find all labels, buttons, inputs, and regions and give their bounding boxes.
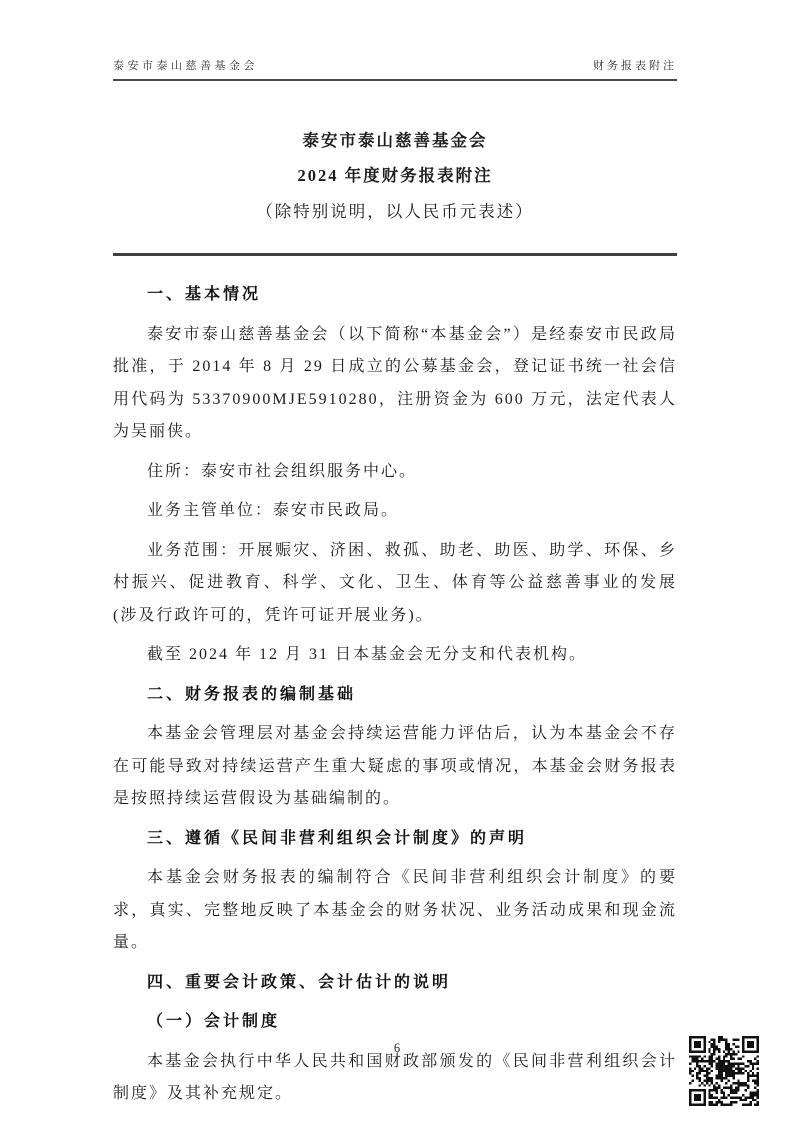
header-org-name: 泰安市泰山慈善基金会	[113, 59, 258, 74]
paragraph: 住所：泰安市社会组织服务中心。	[113, 456, 677, 489]
document-body: 一、基本情况泰安市泰山慈善基金会（以下简称“本基金会”）是经泰安市民政局批准，于…	[113, 279, 677, 1111]
page-header: 泰安市泰山慈善基金会 财务报表附注	[113, 0, 677, 81]
sub-heading: （一）会计制度	[113, 1006, 677, 1039]
paragraph: 截至 2024 年 12 月 31 日本基金会无分支和代表机构。	[113, 639, 677, 672]
content-column: 泰安市泰山慈善基金会 财务报表附注 泰安市泰山慈善基金会 2024 年度财务报表…	[113, 0, 677, 1118]
paragraph: 本基金会财务报表的编制符合《民间非营利组织会计制度》的要求，真实、完整地反映了本…	[113, 862, 677, 960]
title-separator-rule	[113, 253, 677, 256]
section-heading: 一、基本情况	[113, 279, 677, 312]
section-heading: 二、财务报表的编制基础	[113, 679, 677, 712]
header-doc-type: 财务报表附注	[593, 59, 677, 74]
document-title-main: 2024 年度财务报表附注	[113, 165, 677, 187]
document-title-currency-note: （除特别说明，以人民币元表述）	[113, 201, 677, 223]
page-number: 6	[394, 1041, 400, 1055]
section-heading: 三、遵循《民间非营利组织会计制度》的声明	[113, 823, 677, 856]
section-heading: 四、重要会计政策、会计估计的说明	[113, 967, 677, 1000]
document-page: 泰安市泰山慈善基金会 财务报表附注 泰安市泰山慈善基金会 2024 年度财务报表…	[0, 0, 794, 1123]
document-title-org: 泰安市泰山慈善基金会	[113, 130, 677, 152]
qr-code-icon	[689, 1036, 759, 1106]
paragraph: 泰安市泰山慈善基金会（以下简称“本基金会”）是经泰安市民政局批准，于 2014 …	[113, 319, 677, 449]
title-block: 泰安市泰山慈善基金会 2024 年度财务报表附注 （除特别说明，以人民币元表述）	[113, 130, 677, 223]
paragraph: 业务范围：开展赈灾、济困、救孤、助老、助医、助学、环保、乡村振兴、促进教育、科学…	[113, 535, 677, 633]
page-footer: 6	[0, 1041, 794, 1056]
paragraph: 业务主管单位：泰安市民政局。	[113, 495, 677, 528]
paragraph: 本基金会管理层对基金会持续运营能力评估后，认为本基金会不存在可能导致对持续运营产…	[113, 718, 677, 816]
